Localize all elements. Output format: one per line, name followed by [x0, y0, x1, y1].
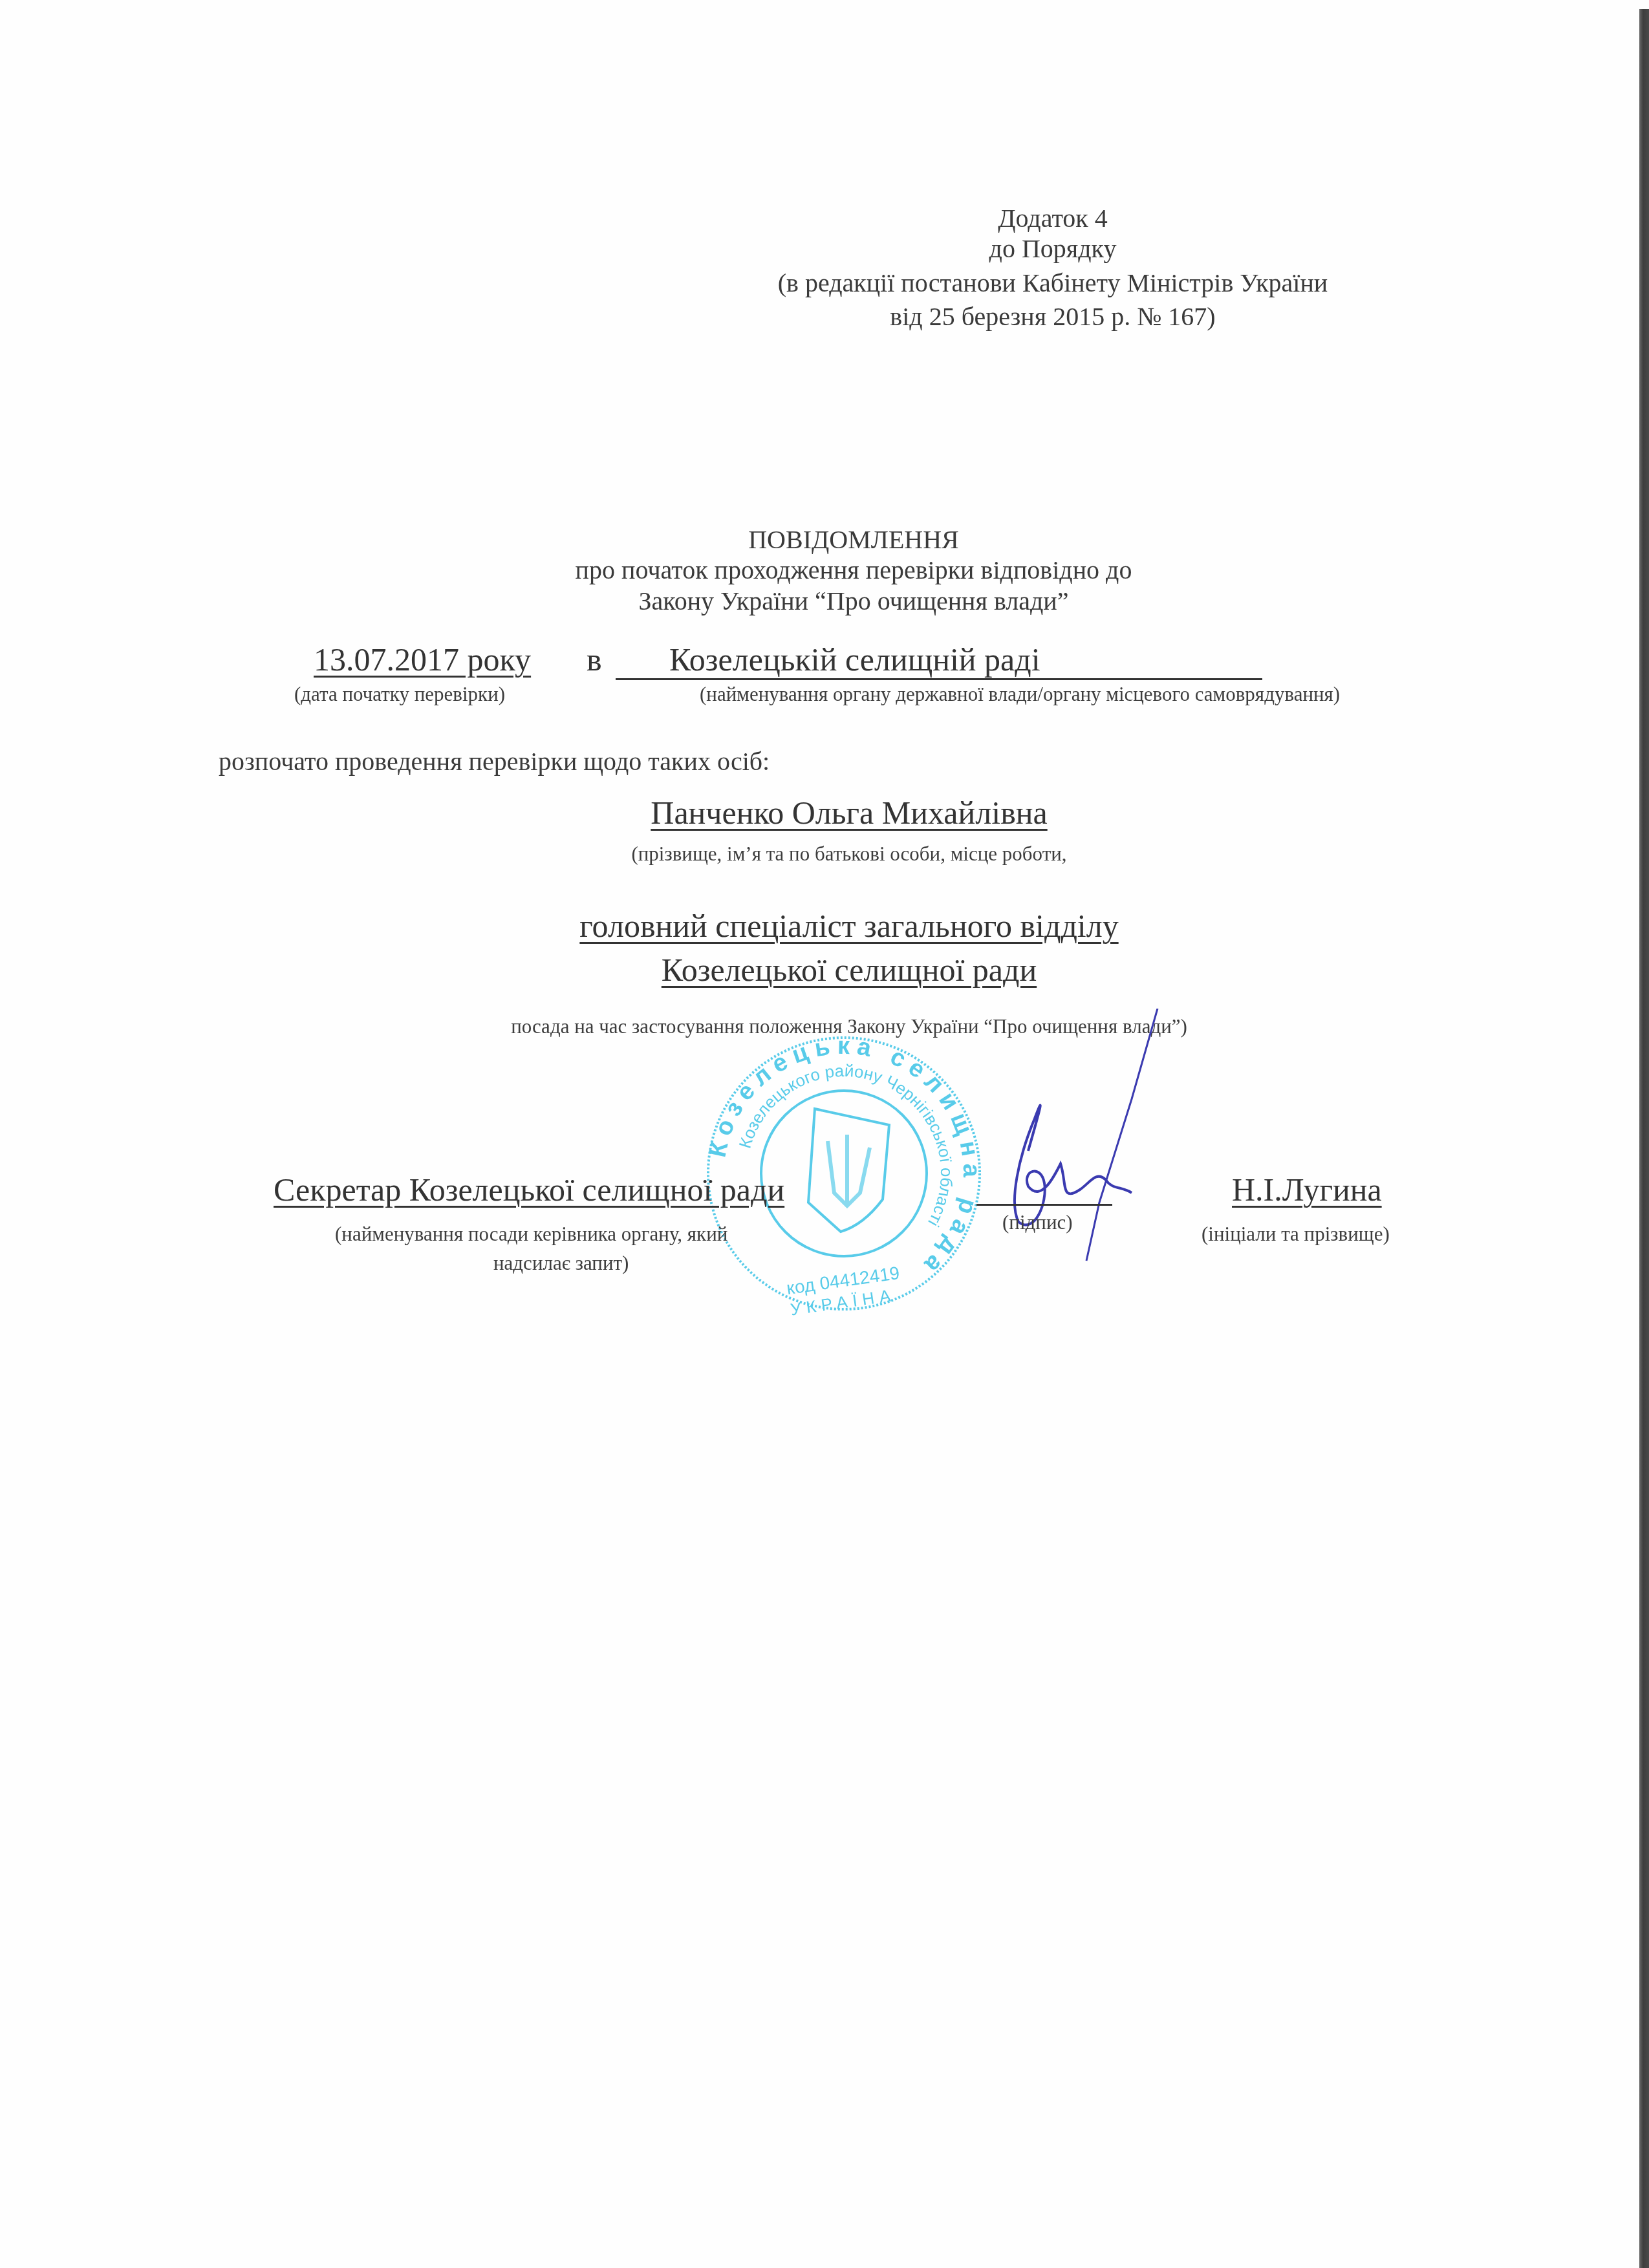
document-page: Додаток 4 до Порядку (в редакції постано…	[0, 0, 1649, 2268]
signature-line	[976, 1204, 1112, 1206]
document-title: ПОВІДОМЛЕННЯ	[748, 527, 959, 553]
organ-underline	[616, 678, 1262, 680]
persons-intro: розпочато проведення перевірки щодо таки…	[219, 749, 770, 775]
organ-name: Козелецькій селищній раді	[669, 643, 1040, 676]
person-position-line-1: головний спеціаліст загального відділу	[579, 910, 1118, 942]
document-subtitle-2: Закону України “Про очищення влади”	[639, 588, 1069, 614]
sender-position: Секретар Козелецької селищної ради	[274, 1173, 784, 1206]
person-full-name: Панченко Ольга Михайлівна	[651, 797, 1047, 829]
person-name-caption: (прізвище, ім’я та по батькові особи, мі…	[631, 844, 1066, 864]
appendix-number: Додаток 4	[998, 206, 1108, 231]
trident-emblem-icon	[808, 1109, 889, 1232]
signature-caption: (підпис)	[1002, 1212, 1073, 1232]
appendix-edition-ref: (в редакції постанови Кабінету Міністрів…	[778, 270, 1328, 296]
sender-position-caption-1: (найменування посади керівника органу, я…	[335, 1224, 727, 1244]
signer-name: Н.І.Лугина	[1232, 1173, 1382, 1206]
date-caption: (дата початку перевірки)	[294, 684, 505, 704]
sender-position-caption-2: надсилає запит)	[493, 1253, 629, 1273]
appendix-resolution-date: від 25 березня 2015 р. № 167)	[890, 304, 1215, 330]
appendix-order-ref: до Порядку	[989, 236, 1117, 262]
signer-name-caption: (ініціали та прізвище)	[1202, 1224, 1390, 1244]
document-subtitle-1: про початок проходження перевірки відпов…	[576, 557, 1132, 583]
person-position-line-2: Козелецької селищної ради	[662, 954, 1037, 986]
check-start-date: 13.07.2017 року	[314, 643, 531, 676]
organ-caption: (найменування органу державної влади/орг…	[700, 684, 1340, 704]
scan-border	[1639, 9, 1649, 2268]
preposition: в	[587, 643, 602, 676]
